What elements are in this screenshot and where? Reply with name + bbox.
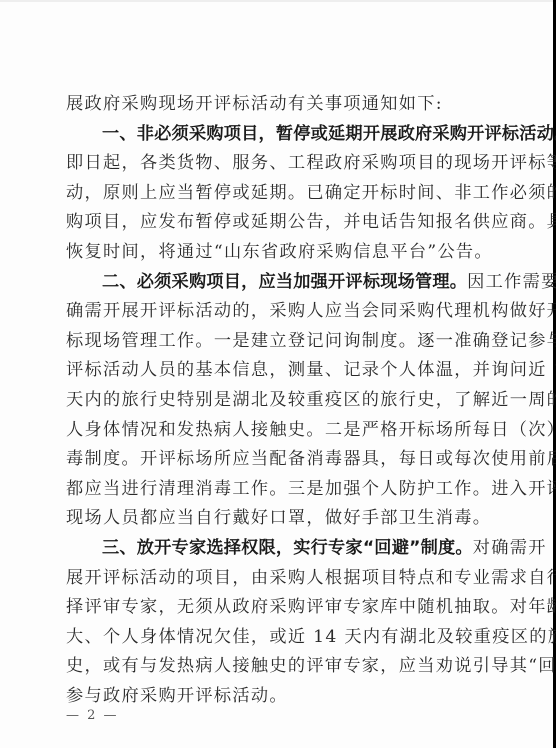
section-heading-2: 二、必须采购项目，应当加强开评标现场管理。因工作需要 xyxy=(66,268,462,298)
line-text: 展政府采购现场开评标活动有关事项通知如下: xyxy=(66,94,443,114)
text-line: 都应当进行清理消毒工作。三是加强个人防护工作。进入开评标 xyxy=(66,475,462,505)
text-line: 毒制度。开评标场所应当配备消毒器具，每日或每次使用前后， xyxy=(66,445,462,475)
section-heading-3: 三、放开专家选择权限，实行专家“回避”制度。对确需开 xyxy=(66,534,462,564)
line-text: 对确需开 xyxy=(473,538,547,558)
line-text: 标现场管理工作。一是建立登记问询制度。逐一准确登记参与开 xyxy=(66,331,556,351)
line-text: 恢复时间，将通过“山东省政府采购信息平台”公告。 xyxy=(66,242,493,262)
line-text: 购项目，应发布暂停或延期公告，并电话告知报名供应商。具体 xyxy=(66,212,556,232)
heading-text: 一、非必须采购项目，暂停或延期开展政府采购开评标活动。 xyxy=(102,124,556,144)
text-line: 动，原则上应当暂停或延期。已确定开标时间、非工作必须的采 xyxy=(66,179,462,209)
text-line: 确需开展开评标活动的，采购人应当会同采购代理机构做好开评 xyxy=(66,297,462,327)
text-line: 人身体情况和发热病人接触史。二是严格开标场所每日（次）消 xyxy=(66,416,462,446)
line-text: 史，或有与发热病人接触史的评审专家，应当劝说引导其“回避” xyxy=(66,656,556,676)
text-line: 参与政府采购开评标活动。 xyxy=(66,682,462,712)
line-text: 天内的旅行史特别是湖北及较重疫区的旅行史，了解近一周的个 xyxy=(66,390,556,410)
text-line: 天内的旅行史特别是湖北及较重疫区的旅行史，了解近一周的个 xyxy=(66,386,462,416)
line-text: 现场人员都应当自行戴好口罩，做好手部卫生消毒。 xyxy=(66,508,491,528)
line-text: 展开评标活动的项目，由采购人根据项目特点和专业需求自行选 xyxy=(66,568,556,588)
text-line: 史，或有与发热病人接触史的评审专家，应当劝说引导其“回避” xyxy=(66,652,462,682)
page-number: — 2 — xyxy=(66,708,119,723)
line-text: 择评审专家，无须从政府采购评审专家库中随机抽取。对年龄偏 xyxy=(66,597,556,617)
line-text: 即日起，各类货物、服务、工程政府采购项目的现场开评标等活 xyxy=(66,153,556,173)
text-line: 即日起，各类货物、服务、工程政府采购项目的现场开评标等活 xyxy=(66,149,462,179)
text-line: 恢复时间，将通过“山东省政府采购信息平台”公告。 xyxy=(66,238,462,268)
line-text: 参与政府采购开评标活动。 xyxy=(66,686,288,706)
text-line: 大、个人身体情况欠佳，或近 14 天内有湖北及较重疫区的旅行 xyxy=(66,623,462,653)
line-text: 因工作需要 xyxy=(467,272,556,292)
text-line: 展开评标活动的项目，由采购人根据项目特点和专业需求自行选 xyxy=(66,564,462,594)
text-line: 评标活动人员的基本信息，测量、记录个人体温，并询问近 14 xyxy=(66,356,462,386)
line-text: 大、个人身体情况欠佳，或近 14 天内有湖北及较重疫区的旅行 xyxy=(66,627,556,647)
heading-text: 二、必须采购项目，应当加强开评标现场管理。 xyxy=(102,272,467,292)
text-line: 标现场管理工作。一是建立登记问询制度。逐一准确登记参与开 xyxy=(66,327,462,357)
text-line: 择评审专家，无须从政府采购评审专家库中随机抽取。对年龄偏 xyxy=(66,593,462,623)
text-line: 购项目，应发布暂停或延期公告，并电话告知报名供应商。具体 xyxy=(66,208,462,238)
top-edge-rule xyxy=(0,0,553,2)
section-heading-1: 一、非必须采购项目，暂停或延期开展政府采购开评标活动。 xyxy=(66,120,462,150)
line-text: 毒制度。开评标场所应当配备消毒器具，每日或每次使用前后， xyxy=(66,449,556,469)
text-line: 展政府采购现场开评标活动有关事项通知如下: xyxy=(66,90,462,120)
line-text: 人身体情况和发热病人接触史。二是严格开标场所每日（次）消 xyxy=(66,420,556,440)
line-text: 确需开展开评标活动的，采购人应当会同采购代理机构做好开评 xyxy=(66,301,556,321)
document-page-body: 展政府采购现场开评标活动有关事项通知如下: 一、非必须采购项目，暂停或延期开展政… xyxy=(66,90,462,711)
text-line: 现场人员都应当自行戴好口罩，做好手部卫生消毒。 xyxy=(66,504,462,534)
line-text: 评标活动人员的基本信息，测量、记录个人体温，并询问近 14 xyxy=(66,360,556,380)
line-text: 都应当进行清理消毒工作。三是加强个人防护工作。进入开评标 xyxy=(66,479,556,499)
heading-text: 三、放开专家选择权限，实行专家“回避”制度。 xyxy=(102,538,473,558)
line-text: 动，原则上应当暂停或延期。已确定开标时间、非工作必须的采 xyxy=(66,183,556,203)
